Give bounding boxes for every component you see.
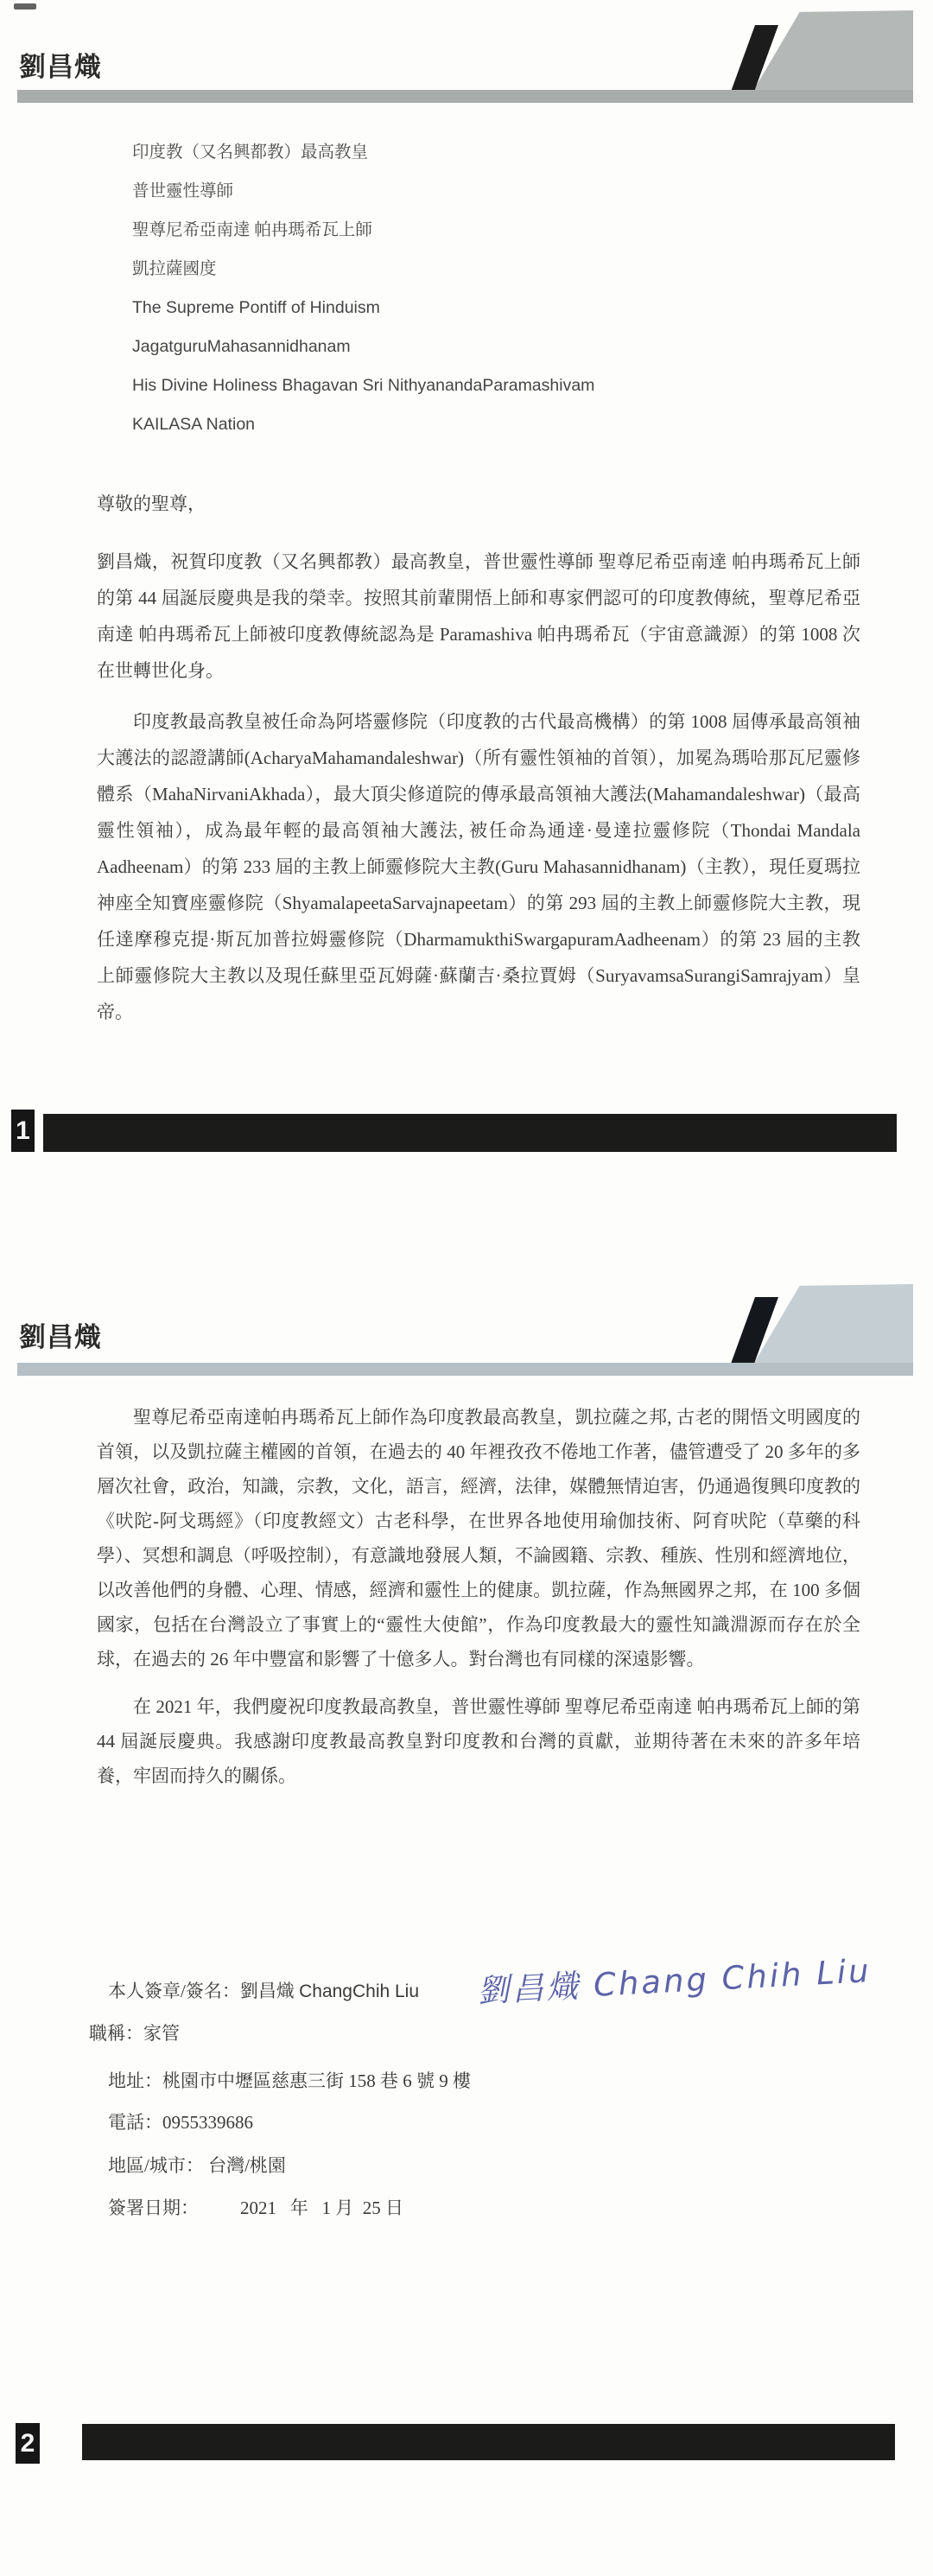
letterhead-line: His Divine Holiness Bhagavan Sri Nithyan… [132, 366, 594, 405]
signature-date-value: 2021 年 1 月 25 日 [240, 2198, 403, 2218]
page2-header-accent-bar [17, 1363, 913, 1376]
signer-address: 地址：桃園市中壢區慈惠三街 158 巷 6 號 9 樓 [108, 2067, 471, 2093]
signer-phone: 電話：0955339686 [108, 2109, 253, 2134]
letterhead-line: 聖尊尼希亞南達 帕冉瑪希瓦上師 [132, 211, 594, 250]
page2-paragraph-2: 在 2021 年，我們慶祝印度教最高教皇，普世靈性導師 聖尊尼希亞南達 帕冉瑪希… [97, 1689, 860, 1793]
signer-region-city: 地區/城市： 台灣/桃園 [108, 2152, 286, 2178]
page1-number-badge: 1 [11, 1110, 35, 1152]
signer-title: 職稱：家管 [89, 2019, 180, 2045]
page1-letterhead: 印度教（又名興都教）最高教皇 普世靈性導師 聖尊尼希亞南達 帕冉瑪希瓦上師 凱拉… [132, 133, 594, 444]
letterhead-line: 凱拉薩國度 [132, 250, 594, 289]
signature-label: 本人簽章/簽名：劉昌熾 [108, 1981, 299, 2001]
page1-paragraph-2: 印度教最高教皇被任命為阿塔靈修院（印度教的古代最高機構）的第 1008 屆傳承最… [97, 703, 860, 1030]
letterhead-line: The Supreme Pontiff of Hinduism [132, 289, 594, 328]
letterhead-line: 印度教（又名興都教）最高教皇 [132, 133, 594, 172]
signature-printed-name: ChangChih Liu [299, 1981, 419, 2001]
letterhead-line: KAILASA Nation [132, 405, 594, 444]
page1-header-name: 劉昌熾 [19, 45, 102, 84]
page1-header-accent-bar [17, 90, 913, 103]
signature-date-label: 簽署日期： [108, 2198, 199, 2218]
salutation: 尊敬的聖尊， [97, 486, 860, 522]
letterhead-line: JagatguruMahasannidhanam [132, 328, 594, 366]
signature-date-line: 簽署日期：2021 年 1 月 25 日 [108, 2194, 403, 2220]
scan-artifact-smudge [14, 3, 36, 10]
page1-footer-bar [43, 1114, 897, 1152]
scanned-letter-document: 劉昌熾 印度教（又名興都教）最高教皇 普世靈性導師 聖尊尼希亞南達 帕冉瑪希瓦上… [0, 0, 933, 2576]
signature-label-line: 本人簽章/簽名：劉昌熾 ChangChih Liu [108, 1977, 419, 2003]
page2-header-corner-shape [753, 1284, 913, 1364]
letterhead-line: 普世靈性導師 [132, 172, 594, 211]
page2-paragraph-1: 聖尊尼希亞南達帕冉瑪希瓦上師作為印度教最高教皇，凱拉薩之邦, 古老的開悟文明國度… [97, 1400, 860, 1676]
page1-header-corner-shape [753, 10, 913, 91]
page2-footer-bar [82, 2424, 895, 2460]
page2-header-name: 劉昌熾 [19, 1315, 102, 1354]
handwritten-signature: 劉昌熾 Chang Chih Liu [476, 1944, 873, 2012]
page1-paragraph-1: 劉昌熾，祝賀印度教（又名興都教）最高教皇，普世靈性導師 聖尊尼希亞南達 帕冉瑪希… [97, 544, 860, 689]
page2-number-badge: 2 [16, 2423, 40, 2464]
